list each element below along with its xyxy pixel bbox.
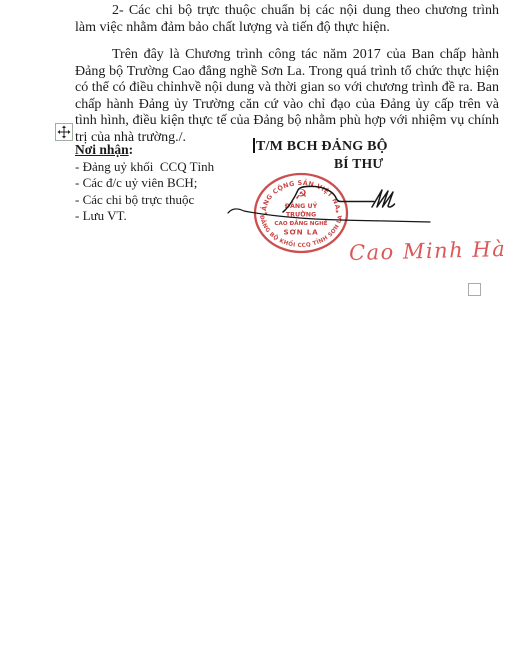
recipients-heading-text: Nơi nhận	[75, 142, 129, 157]
hammer-sickle-icon: ☭	[295, 187, 308, 203]
document-page[interactable]: 2- Các chi bộ trực thuộc chuẩn bị các nộ…	[0, 0, 521, 672]
stamp-star-right-icon: ★	[335, 209, 340, 215]
signature-heading[interactable]: T/M BCH ĐẢNG BỘ	[256, 139, 388, 155]
stamp-line-4: SƠN LA	[284, 228, 319, 237]
recipients-heading-colon: :	[129, 142, 134, 157]
move-anchor-handle[interactable]	[55, 123, 73, 141]
official-stamp: ĐẢNG CỘNG SẢN VIỆT NAM ĐẢNG BỘ KHỐI CCQ …	[220, 163, 347, 252]
stamp-arc-top-text: ĐẢNG CỘNG SẢN VIỆT NAM	[220, 163, 342, 212]
signature-initials-stroke	[372, 190, 395, 207]
recipients-heading[interactable]: Nơi nhận:	[75, 142, 265, 158]
text-cursor	[253, 138, 255, 153]
paragraph-2[interactable]: Trên đây là Chương trình công tác năm 20…	[75, 47, 499, 146]
signature-underline-stroke	[228, 209, 430, 222]
svg-text:ĐẢNG CỘNG SẢN VIỆT NAM: ĐẢNG CỘNG SẢN VIỆT NAM	[220, 163, 342, 212]
empty-placeholder-square	[468, 283, 481, 296]
signer-name: Cao Minh Hà	[349, 237, 507, 265]
four-way-arrow-icon	[57, 125, 71, 139]
paragraph-1[interactable]: 2- Các chi bộ trực thuộc chuẩn bị các nộ…	[75, 3, 499, 36]
